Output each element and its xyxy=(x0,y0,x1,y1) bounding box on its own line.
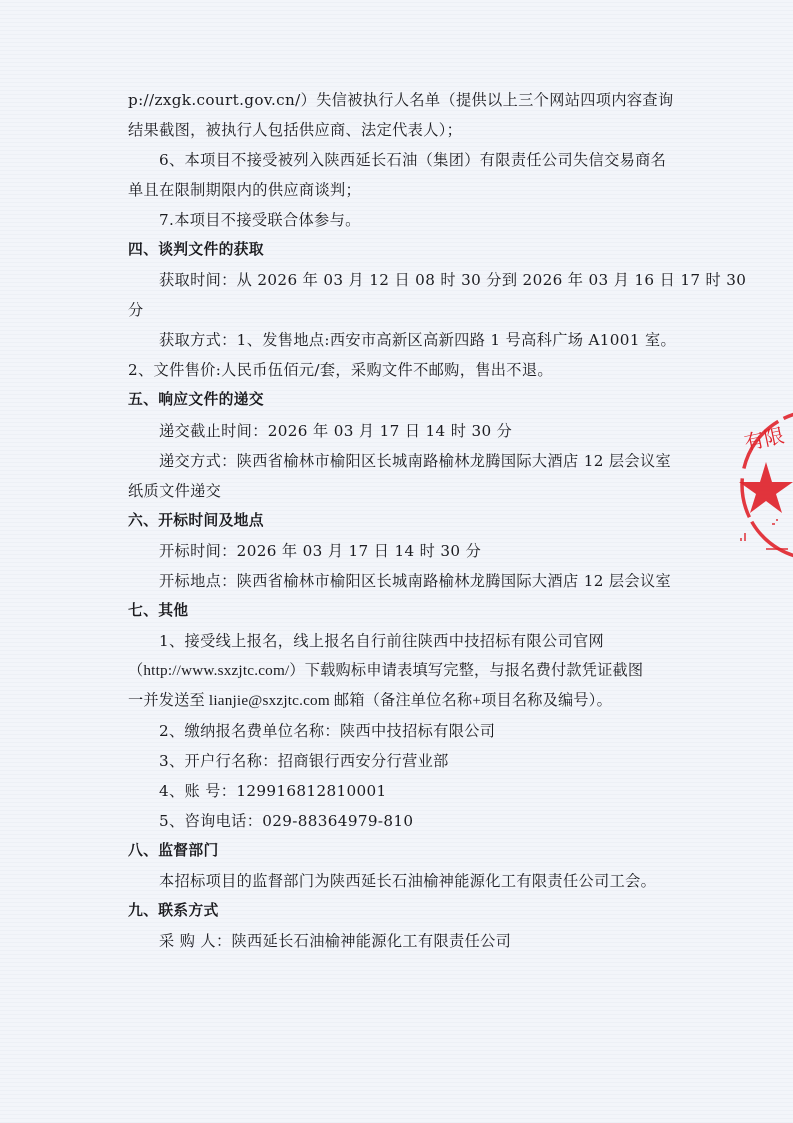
company-seal: 有限 xyxy=(736,405,793,565)
paragraph-line: 获取方式：1、发售地点:西安市高新区高新四路 1 号高科广场 A1001 室。 xyxy=(128,329,684,359)
section-heading-other: 七、其他 xyxy=(128,600,684,630)
section-heading-acquisition: 四、谈判文件的获取 xyxy=(128,239,684,269)
paragraph-line: 本招标项目的监督部门为陕西延长石油榆神能源化工有限责任公司工会。 xyxy=(128,870,684,900)
purchaser-line: 采 购 人：陕西延长石油榆神能源化工有限责任公司 xyxy=(128,930,684,960)
paragraph-line: 递交方式：陕西省榆林市榆阳区长城南路榆林龙腾国际大酒店 12 层会议室 xyxy=(128,450,684,480)
paragraph-line: 结果截图，被执行人包括供应商、法定代表人）； xyxy=(128,119,684,149)
paragraph-line: 单且在限制期限内的供应商谈判； xyxy=(128,179,684,209)
phone-line: 5、咨询电话：029-88364979-810 xyxy=(128,810,684,840)
paragraph-line: 分 xyxy=(128,299,684,329)
paragraph-line-email: 一并发送至 lianjie@sxzjtc.com 邮箱（备注单位名称+项目名称及… xyxy=(128,690,684,720)
paragraph-line: 开标地点：陕西省榆林市榆阳区长城南路榆林龙腾国际大酒店 12 层会议室 xyxy=(128,570,684,600)
scanned-page: p://zxgk.court.gov.cn/）失信被执行人名单（提供以上三个网站… xyxy=(0,0,793,1123)
account-number-line: 4、账 号：129916812810001 xyxy=(128,780,684,810)
paragraph-line: 6、本项目不接受被列入陕西延长石油（集团）有限责任公司失信交易商名 xyxy=(128,149,684,179)
paragraph-line-url: （http://www.sxzjtc.com/）下载购标申请表填写完整，与报名费… xyxy=(128,660,684,690)
paragraph-line: 纸质文件递交 xyxy=(128,480,684,510)
paragraph-line: 开标时间：2026 年 03 月 17 日 14 时 30 分 xyxy=(128,540,684,570)
seal-char-1: 有限 xyxy=(742,423,786,455)
section-heading-supervision: 八、监督部门 xyxy=(128,840,684,870)
paragraph-line: 获取时间：从 2026 年 03 月 12 日 08 时 30 分到 2026 … xyxy=(128,269,684,299)
paragraph-line: 7.本项目不接受联合体参与。 xyxy=(128,209,684,239)
paragraph-line: 2、缴纳报名费单位名称：陕西中技招标有限公司 xyxy=(128,720,684,750)
section-heading-submission: 五、响应文件的递交 xyxy=(128,389,684,419)
paragraph-line: 3、开户行名称：招商银行西安分行营业部 xyxy=(128,750,684,780)
paragraph-line: 2、文件售价:人民币伍佰元/套，采购文件不邮购，售出不退。 xyxy=(128,359,684,389)
seal-stamp-icon: 有限 xyxy=(736,405,793,565)
section-heading-contact: 九、联系方式 xyxy=(128,900,684,930)
paragraph-line: 递交截止时间：2026 年 03 月 17 日 14 时 30 分 xyxy=(128,420,684,450)
section-heading-opening: 六、开标时间及地点 xyxy=(128,510,684,540)
paragraph-line: 1、接受线上报名，线上报名自行前往陕西中技招标有限公司官网 xyxy=(128,630,684,660)
paragraph-line: p://zxgk.court.gov.cn/）失信被执行人名单（提供以上三个网站… xyxy=(128,89,684,119)
star-icon xyxy=(739,462,793,513)
document-body: p://zxgk.court.gov.cn/）失信被执行人名单（提供以上三个网站… xyxy=(128,89,684,960)
